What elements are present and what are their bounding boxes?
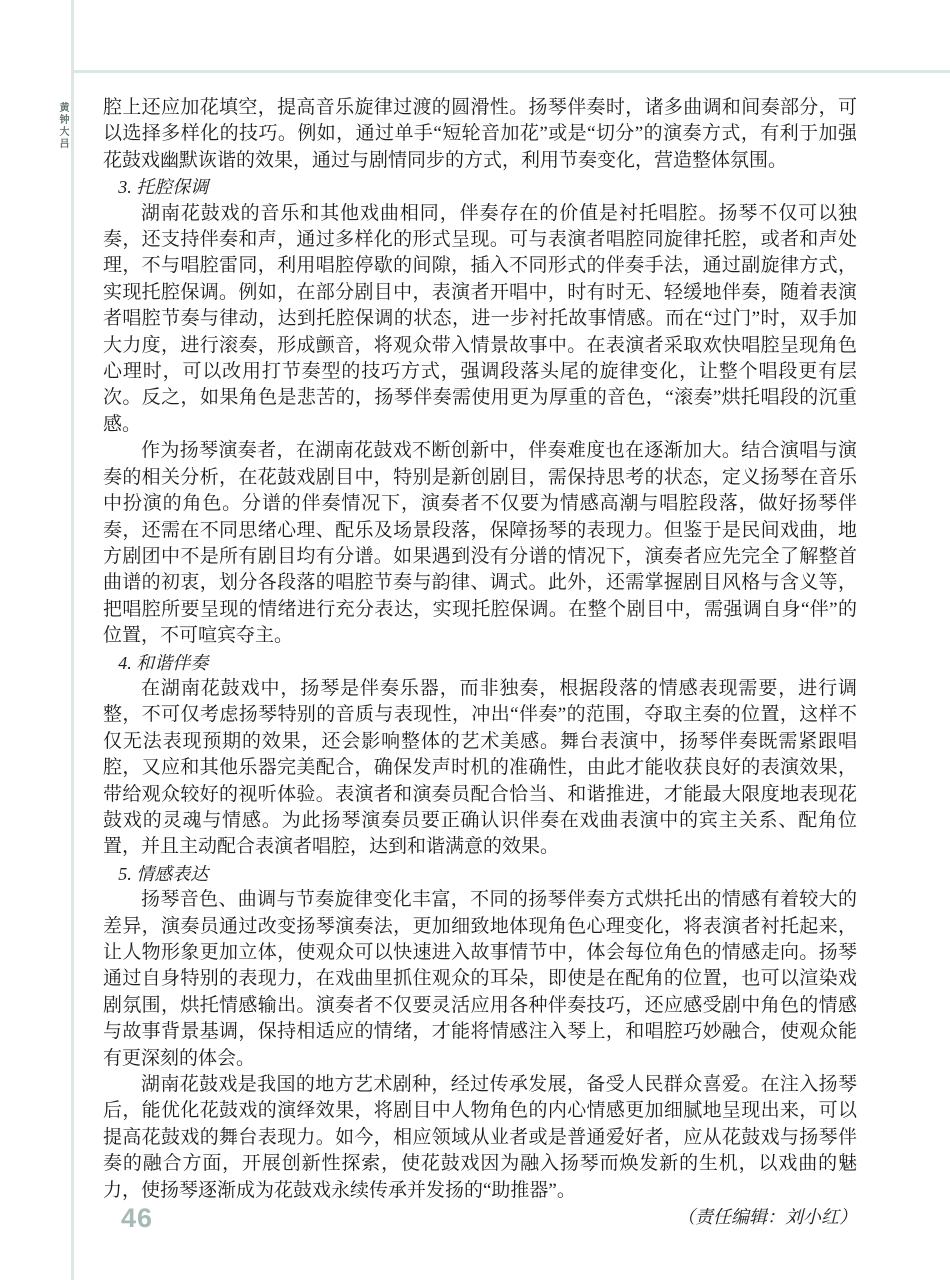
journal-page: 黄钟大吕 腔上还应加花填空，提高音乐旋律过渡的圆滑性。扬琴伴奏时，诸多曲调和间奏… bbox=[0, 0, 950, 1280]
article-body: 腔上还应加花填空，提高音乐旋律过渡的圆滑性。扬琴伴奏时，诸多曲调和间奏部分，可以… bbox=[103, 95, 857, 1230]
top-horizontal-rule bbox=[72, 70, 950, 73]
paragraph: 湖南花鼓戏是我国的地方艺术剧种，经过传承发展，备受人民群众喜爱。在注入扬琴后，能… bbox=[103, 1072, 857, 1204]
paragraph: 作为扬琴演奏者，在湖南花鼓戏不断创新中，伴奏难度也在逐渐加大。结合演唱与演奏的相… bbox=[103, 438, 857, 649]
section-heading: 4. 和谐伴奏 bbox=[103, 650, 857, 676]
page-number: 46 bbox=[121, 1203, 153, 1234]
article-blocks: 腔上还应加花填空，提高音乐旋律过渡的圆滑性。扬琴伴奏时，诸多曲调和间奏部分，可以… bbox=[103, 95, 857, 1204]
editor-note: （责任编辑：刘小红） bbox=[103, 1204, 857, 1230]
section-heading: 5. 情感表达 bbox=[103, 861, 857, 887]
paragraph: 在湖南花鼓戏中，扬琴是伴奏乐器，而非独奏，根据段落的情感表现需要，进行调整，不可… bbox=[103, 676, 857, 861]
paragraph: 扬琴音色、曲调与节奏旋律变化丰富，不同的扬琴伴奏方式烘托出的情感有着较大的差异，… bbox=[103, 887, 857, 1072]
left-vertical-rule bbox=[71, 0, 74, 1280]
paragraph: 腔上还应加花填空，提高音乐旋律过渡的圆滑性。扬琴伴奏时，诸多曲调和间奏部分，可以… bbox=[103, 95, 857, 174]
paragraph: 湖南花鼓戏的音乐和其他戏曲相同，伴奏存在的价值是衬托唱腔。扬琴不仅可以独奏，还支… bbox=[103, 201, 857, 439]
column-title-vertical: 黄钟大吕 bbox=[55, 102, 70, 150]
section-heading: 3. 托腔保调 bbox=[103, 174, 857, 200]
